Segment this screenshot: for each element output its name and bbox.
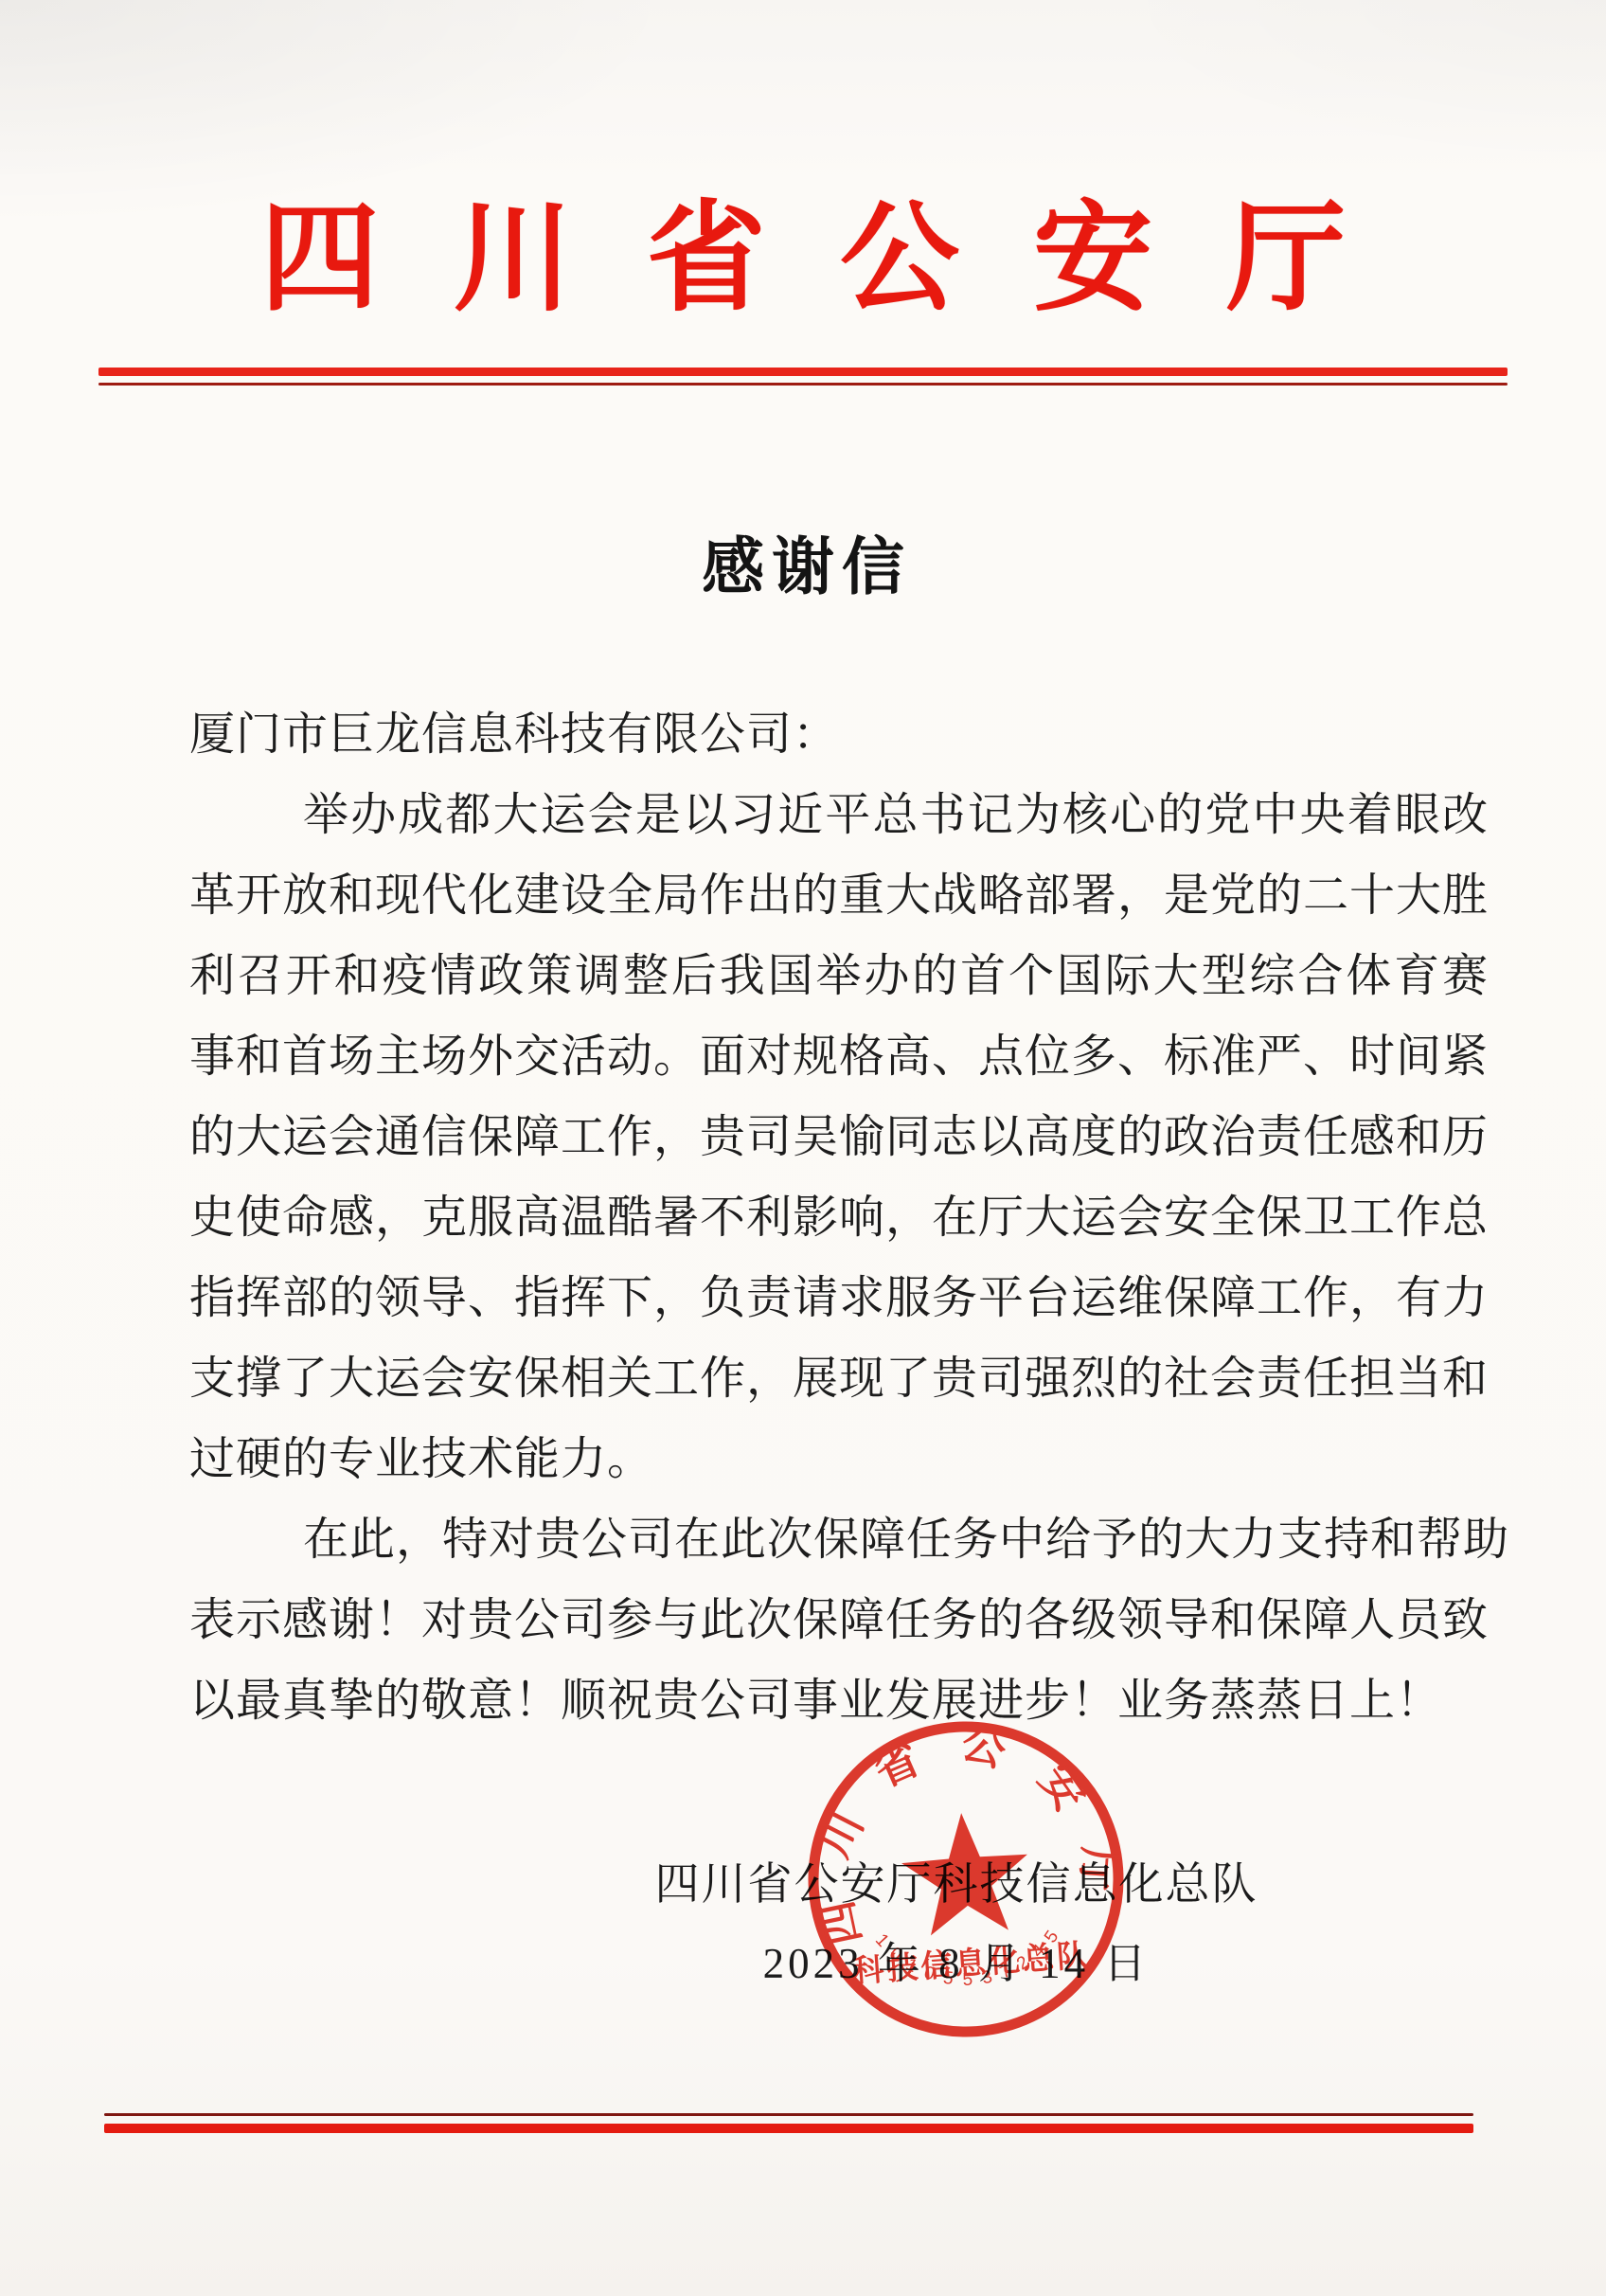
letter-body: 举办成都大运会是以习近平总书记为核心的党中央着眼改 革开放和现代化建设全局作出的… <box>189 775 1489 1741</box>
body-line: 事和首场主场外交活动。面对规格高、点位多、标准严、时间紧 <box>189 1016 1489 1097</box>
divider-thick-line <box>104 2124 1473 2133</box>
scanned-letter-page: 四川省公安厅 感谢信 厦门市巨龙信息科技有限公司： 举办成都大运会是以习近平总书… <box>0 0 1606 2296</box>
official-seal-stamp: 四川省公安厅 科技信息化总队 5101055372450 <box>792 1705 1139 2053</box>
body-line: 支撑了大运会安保相关工作，展现了贵司强烈的社会责任担当和 <box>189 1338 1489 1419</box>
letterhead-org-name: 四川省公安厅 <box>0 186 1606 335</box>
body-line: 在此，特对贵公司在此次保障任务中给予的大力支持和帮助 <box>189 1499 1489 1580</box>
salutation: 厦门市巨龙信息科技有限公司： <box>189 697 1496 762</box>
footer-divider <box>104 2113 1473 2133</box>
body-line: 利召开和疫情政策调整后我国举办的首个国际大型综合体育赛 <box>189 936 1489 1016</box>
seal-graphic: 四川省公安厅 科技信息化总队 5101055372450 <box>792 1705 1139 2053</box>
seal-star-icon <box>899 1809 1033 1938</box>
divider-thin-line <box>98 383 1508 386</box>
body-line: 的大运会通信保障工作，贵司吴愉同志以高度的政治责任感和历 <box>189 1097 1489 1177</box>
body-line: 史使命感，克服高温酷暑不利影响，在厅大运会安全保卫工作总 <box>189 1177 1489 1258</box>
document-title: 感谢信 <box>0 516 1606 606</box>
body-line: 举办成都大运会是以习近平总书记为核心的党中央着眼改 <box>189 775 1489 855</box>
body-line: 过硬的专业技术能力。 <box>189 1419 1489 1499</box>
body-line: 革开放和现代化建设全局作出的重大战略部署，是党的二十大胜 <box>189 855 1489 936</box>
body-line: 指挥部的领导、指挥下，负责请求服务平台运维保障工作，有力 <box>189 1258 1489 1338</box>
divider-thin-line <box>104 2113 1473 2116</box>
body-line: 表示感谢！对贵公司参与此次保障任务的各级领导和保障人员致 <box>189 1580 1489 1660</box>
divider-thick-line <box>98 368 1508 376</box>
letterhead-divider <box>98 368 1508 386</box>
